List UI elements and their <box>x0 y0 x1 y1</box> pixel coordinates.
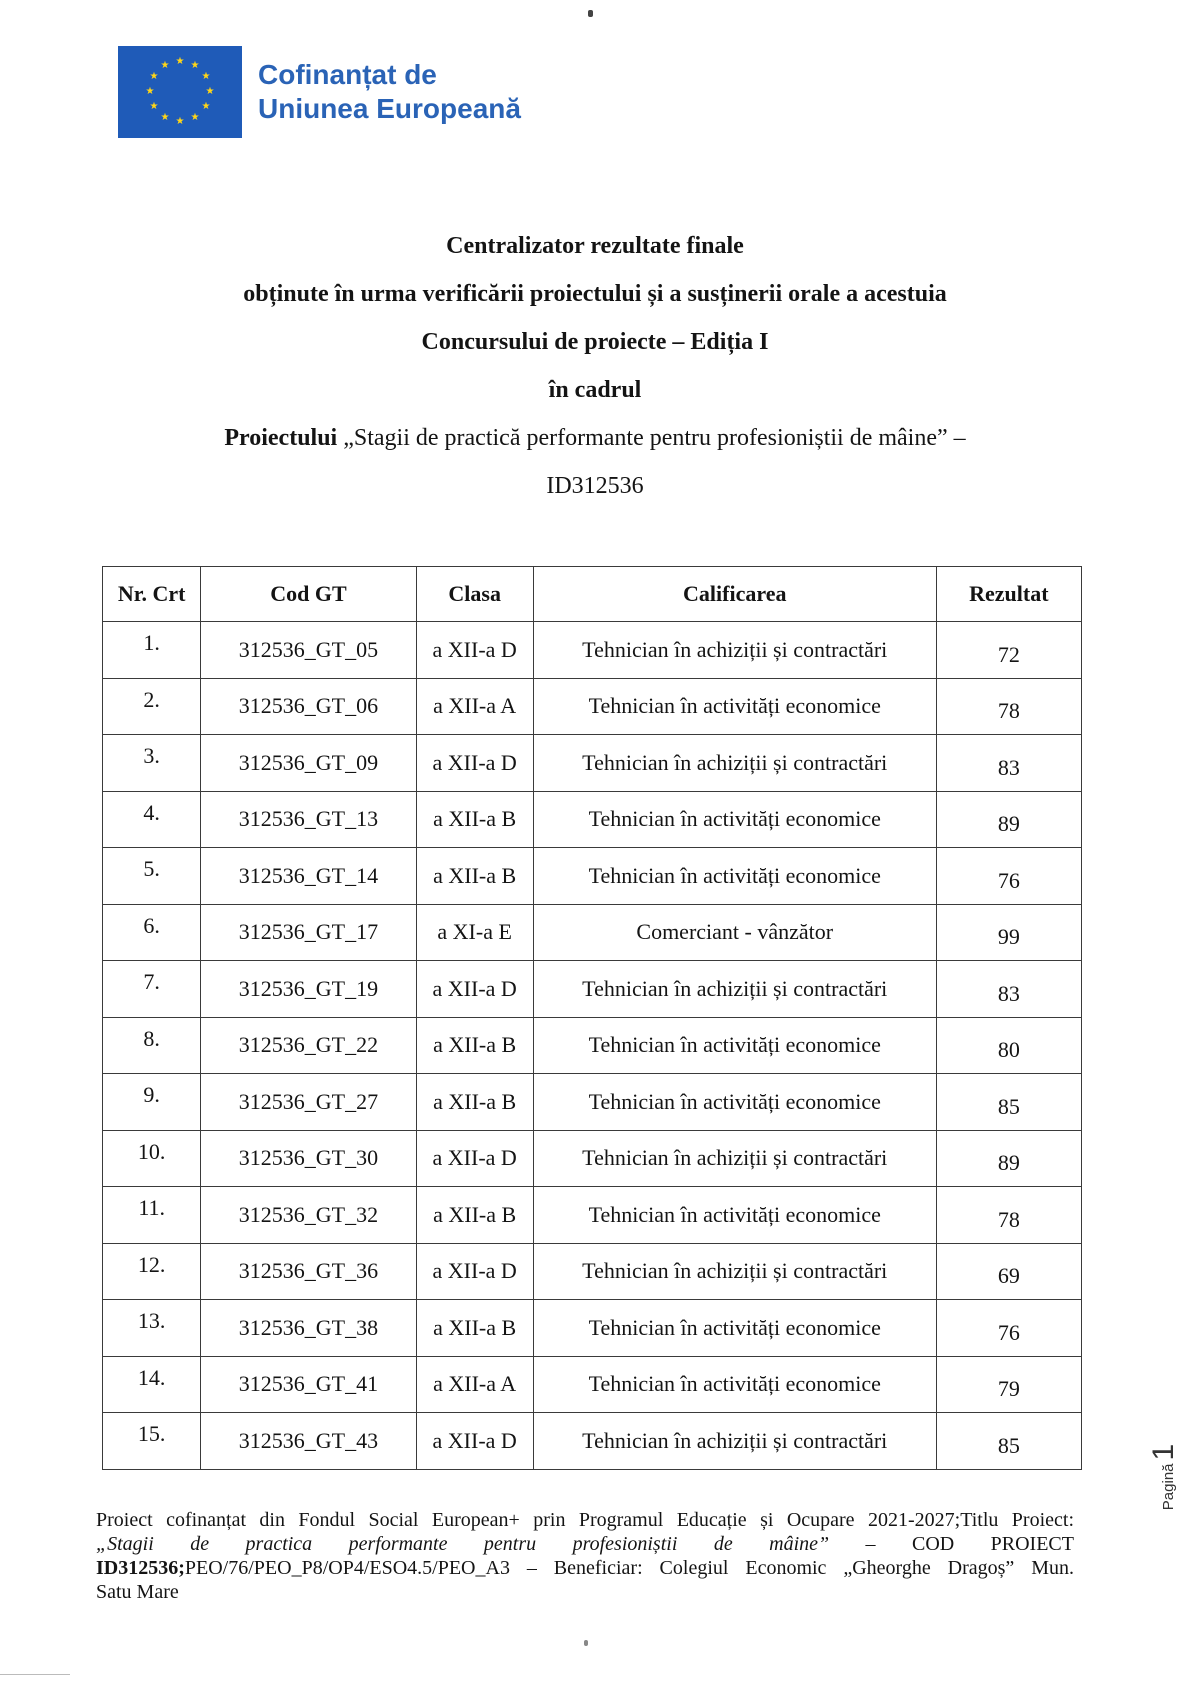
rezultat-value: 85 <box>998 1423 1020 1459</box>
rezultat-value: 83 <box>998 745 1020 781</box>
cell-calificarea: Tehnician în achiziții și contractări <box>533 735 936 792</box>
star-icon: ★ <box>160 61 170 71</box>
page-number-value: 1 <box>1147 1444 1181 1461</box>
cell-rezultat: 69 <box>936 1243 1081 1300</box>
cell-rezultat: 83 <box>936 735 1081 792</box>
cell-calificarea: Tehnician în achiziții și contractări <box>533 1243 936 1300</box>
cell-rezultat: 83 <box>936 961 1081 1018</box>
cell-nr-crt: 13. <box>103 1300 201 1357</box>
eu-logo-text: Cofinanțat de Uniunea Europeană <box>258 58 521 126</box>
cell-rezultat: 85 <box>936 1074 1081 1131</box>
cell-cod-gt: 312536_GT_36 <box>201 1243 416 1300</box>
rezultat-value: 99 <box>998 914 1020 950</box>
rezultat-value: 80 <box>998 1027 1020 1063</box>
table-row: 12.312536_GT_36a XII-a DTehnician în ach… <box>103 1243 1082 1300</box>
star-icon: ★ <box>175 57 185 67</box>
cell-cod-gt: 312536_GT_14 <box>201 848 416 905</box>
scan-edge-line <box>0 1674 70 1675</box>
table-row: 9.312536_GT_27a XII-a BTehnician în acti… <box>103 1074 1082 1131</box>
cell-rezultat: 78 <box>936 1187 1081 1244</box>
star-icon: ★ <box>205 87 215 97</box>
table-row: 11.312536_GT_32a XII-a BTehnician în act… <box>103 1187 1082 1244</box>
rezultat-value: 72 <box>998 632 1020 668</box>
cell-calificarea: Tehnician în activități economice <box>533 678 936 735</box>
cell-calificarea: Tehnician în achiziții și contractări <box>533 622 936 679</box>
cell-rezultat: 89 <box>936 1130 1081 1187</box>
rezultat-value: 79 <box>998 1366 1020 1402</box>
cell-calificarea: Tehnician în activități economice <box>533 791 936 848</box>
cell-nr-crt: 11. <box>103 1187 201 1244</box>
cell-cod-gt: 312536_GT_06 <box>201 678 416 735</box>
cell-calificarea: Tehnician în activități economice <box>533 1300 936 1357</box>
title-line-6-project-id: ID312536 <box>0 462 1190 510</box>
header-cod-gt: Cod GT <box>201 567 416 622</box>
cell-cod-gt: 312536_GT_27 <box>201 1074 416 1131</box>
cell-clasa: a XII-a A <box>416 678 533 735</box>
star-icon: ★ <box>201 102 211 112</box>
table-row: 14.312536_GT_41a XII-a ATehnician în act… <box>103 1356 1082 1413</box>
table-row: 1.312536_GT_05a XII-a DTehnician în achi… <box>103 622 1082 679</box>
table-row: 7.312536_GT_19a XII-a DTehnician în achi… <box>103 961 1082 1018</box>
footer-beneficiary: PEO/76/PEO_P8/OP4/ESO4.5/PEO_A3 – Benefi… <box>185 1557 1074 1579</box>
cell-clasa: a XI-a E <box>416 904 533 961</box>
scan-mark-bottom <box>584 1640 588 1646</box>
star-icon: ★ <box>149 102 159 112</box>
rezultat-value: 78 <box>998 688 1020 724</box>
title-line-4: în cadrul <box>0 366 1190 414</box>
eu-logo: ★★★★★★★★★★★★ Cofinanțat de Uniunea Europ… <box>118 46 521 138</box>
cell-clasa: a XII-a D <box>416 622 533 679</box>
cell-nr-crt: 15. <box>103 1413 201 1470</box>
footer-line-3: ID312536;PEO/76/PEO_P8/OP4/ESO4.5/PEO_A3… <box>96 1556 1074 1580</box>
cell-clasa: a XII-a D <box>416 735 533 792</box>
cell-nr-crt: 8. <box>103 1017 201 1074</box>
header-rezultat: Rezultat <box>936 567 1081 622</box>
rezultat-value: 83 <box>998 971 1020 1007</box>
scan-mark <box>588 10 593 17</box>
cell-cod-gt: 312536_GT_32 <box>201 1187 416 1244</box>
cell-clasa: a XII-a B <box>416 1017 533 1074</box>
table-row: 4.312536_GT_13a XII-a BTehnician în acti… <box>103 791 1082 848</box>
page-label: Pagină <box>1160 1463 1177 1510</box>
cell-calificarea: Tehnician în activități economice <box>533 1187 936 1244</box>
cell-nr-crt: 7. <box>103 961 201 1018</box>
page-number: Pagină 1 <box>1147 1427 1177 1527</box>
table-row: 6.312536_GT_17a XI-a EComerciant - vânză… <box>103 904 1082 961</box>
eu-logo-line2: Uniunea Europeană <box>258 92 521 126</box>
cell-rezultat: 79 <box>936 1356 1081 1413</box>
footer-project-title: „Stagii de practica performante pentru p… <box>96 1533 829 1555</box>
footer-note: Proiect cofinanțat din Fondul Social Eur… <box>96 1508 1074 1604</box>
title-line-5: Proiectului „Stagii de practică performa… <box>0 414 1190 462</box>
cell-clasa: a XII-a B <box>416 791 533 848</box>
cell-rezultat: 76 <box>936 1300 1081 1357</box>
cell-calificarea: Tehnician în activități economice <box>533 1356 936 1413</box>
table-header-row: Nr. Crt Cod GT Clasa Calificarea Rezulta… <box>103 567 1082 622</box>
header-clasa: Clasa <box>416 567 533 622</box>
star-icon: ★ <box>175 117 185 127</box>
rezultat-value: 89 <box>998 801 1020 837</box>
footer-cod-proiect: – COD PROIECT <box>829 1533 1074 1555</box>
cell-rezultat: 85 <box>936 1413 1081 1470</box>
cell-clasa: a XII-a D <box>416 961 533 1018</box>
eu-logo-line1: Cofinanțat de <box>258 58 521 92</box>
star-icon: ★ <box>149 72 159 82</box>
star-icon: ★ <box>160 113 170 123</box>
table-row: 2.312536_GT_06a XII-a ATehnician în acti… <box>103 678 1082 735</box>
cell-nr-crt: 14. <box>103 1356 201 1413</box>
cell-calificarea: Tehnician în achiziții și contractări <box>533 961 936 1018</box>
rezultat-value: 89 <box>998 1140 1020 1176</box>
cell-rezultat: 76 <box>936 848 1081 905</box>
rezultat-value: 78 <box>998 1197 1020 1233</box>
table-row: 13.312536_GT_38a XII-a BTehnician în act… <box>103 1300 1082 1357</box>
table-row: 15.312536_GT_43a XII-a DTehnician în ach… <box>103 1413 1082 1470</box>
table-row: 10.312536_GT_30a XII-a DTehnician în ach… <box>103 1130 1082 1187</box>
cell-clasa: a XII-a A <box>416 1356 533 1413</box>
cell-clasa: a XII-a B <box>416 1074 533 1131</box>
cell-clasa: a XII-a B <box>416 1300 533 1357</box>
cell-rezultat: 78 <box>936 678 1081 735</box>
cell-cod-gt: 312536_GT_19 <box>201 961 416 1018</box>
cell-nr-crt: 2. <box>103 678 201 735</box>
cell-rezultat: 80 <box>936 1017 1081 1074</box>
footer-line-2: „Stagii de practica performante pentru p… <box>96 1532 1074 1556</box>
cell-nr-crt: 5. <box>103 848 201 905</box>
rezultat-value: 76 <box>998 1310 1020 1346</box>
document-title: Centralizator rezultate finale obținute … <box>0 222 1190 510</box>
cell-nr-crt: 10. <box>103 1130 201 1187</box>
star-icon: ★ <box>190 113 200 123</box>
cell-cod-gt: 312536_GT_17 <box>201 904 416 961</box>
star-icon: ★ <box>190 61 200 71</box>
cell-calificarea: Comerciant - vânzător <box>533 904 936 961</box>
cell-cod-gt: 312536_GT_30 <box>201 1130 416 1187</box>
rezultat-value: 69 <box>998 1253 1020 1289</box>
rezultat-value: 76 <box>998 858 1020 894</box>
cell-nr-crt: 12. <box>103 1243 201 1300</box>
cell-cod-gt: 312536_GT_43 <box>201 1413 416 1470</box>
cell-cod-gt: 312536_GT_09 <box>201 735 416 792</box>
title-line-5-bold: Proiectului <box>224 425 337 451</box>
title-line-2: obținute în urma verificării proiectului… <box>0 270 1190 318</box>
footer-line-1: Proiect cofinanțat din Fondul Social Eur… <box>96 1508 1074 1532</box>
cell-rezultat: 72 <box>936 622 1081 679</box>
cell-clasa: a XII-a D <box>416 1413 533 1470</box>
cell-calificarea: Tehnician în activități economice <box>533 1074 936 1131</box>
cell-nr-crt: 4. <box>103 791 201 848</box>
cell-clasa: a XII-a B <box>416 848 533 905</box>
cell-calificarea: Tehnician în activități economice <box>533 1017 936 1074</box>
cell-cod-gt: 312536_GT_38 <box>201 1300 416 1357</box>
header-calificarea: Calificarea <box>533 567 936 622</box>
cell-nr-crt: 3. <box>103 735 201 792</box>
results-table: Nr. Crt Cod GT Clasa Calificarea Rezulta… <box>102 566 1082 1470</box>
cell-clasa: a XII-a D <box>416 1130 533 1187</box>
cell-nr-crt: 6. <box>103 904 201 961</box>
table-body: 1.312536_GT_05a XII-a DTehnician în achi… <box>103 622 1082 1470</box>
cell-calificarea: Tehnician în achiziții și contractări <box>533 1130 936 1187</box>
star-icon: ★ <box>145 87 155 97</box>
cell-cod-gt: 312536_GT_22 <box>201 1017 416 1074</box>
cell-cod-gt: 312536_GT_05 <box>201 622 416 679</box>
eu-flag-icon: ★★★★★★★★★★★★ <box>118 46 242 138</box>
cell-rezultat: 89 <box>936 791 1081 848</box>
cell-rezultat: 99 <box>936 904 1081 961</box>
table-row: 3.312536_GT_09a XII-a DTehnician în achi… <box>103 735 1082 792</box>
rezultat-value: 85 <box>998 1084 1020 1120</box>
cell-nr-crt: 1. <box>103 622 201 679</box>
table-row: 8.312536_GT_22a XII-a BTehnician în acti… <box>103 1017 1082 1074</box>
title-line-3: Concursului de proiecte – Ediția I <box>0 318 1190 366</box>
cell-calificarea: Tehnician în activități economice <box>533 848 936 905</box>
table-row: 5.312536_GT_14a XII-a BTehnician în acti… <box>103 848 1082 905</box>
footer-line-4: Satu Mare <box>96 1580 1074 1604</box>
footer-project-id: ID312536; <box>96 1557 185 1579</box>
cell-calificarea: Tehnician în achiziții și contractări <box>533 1413 936 1470</box>
title-line-1: Centralizator rezultate finale <box>0 222 1190 270</box>
title-line-5-project-name: „Stagii de practică performante pentru p… <box>337 425 965 451</box>
star-icon: ★ <box>201 72 211 82</box>
cell-clasa: a XII-a D <box>416 1243 533 1300</box>
cell-clasa: a XII-a B <box>416 1187 533 1244</box>
header-nr-crt: Nr. Crt <box>103 567 201 622</box>
cell-nr-crt: 9. <box>103 1074 201 1131</box>
cell-cod-gt: 312536_GT_41 <box>201 1356 416 1413</box>
cell-cod-gt: 312536_GT_13 <box>201 791 416 848</box>
